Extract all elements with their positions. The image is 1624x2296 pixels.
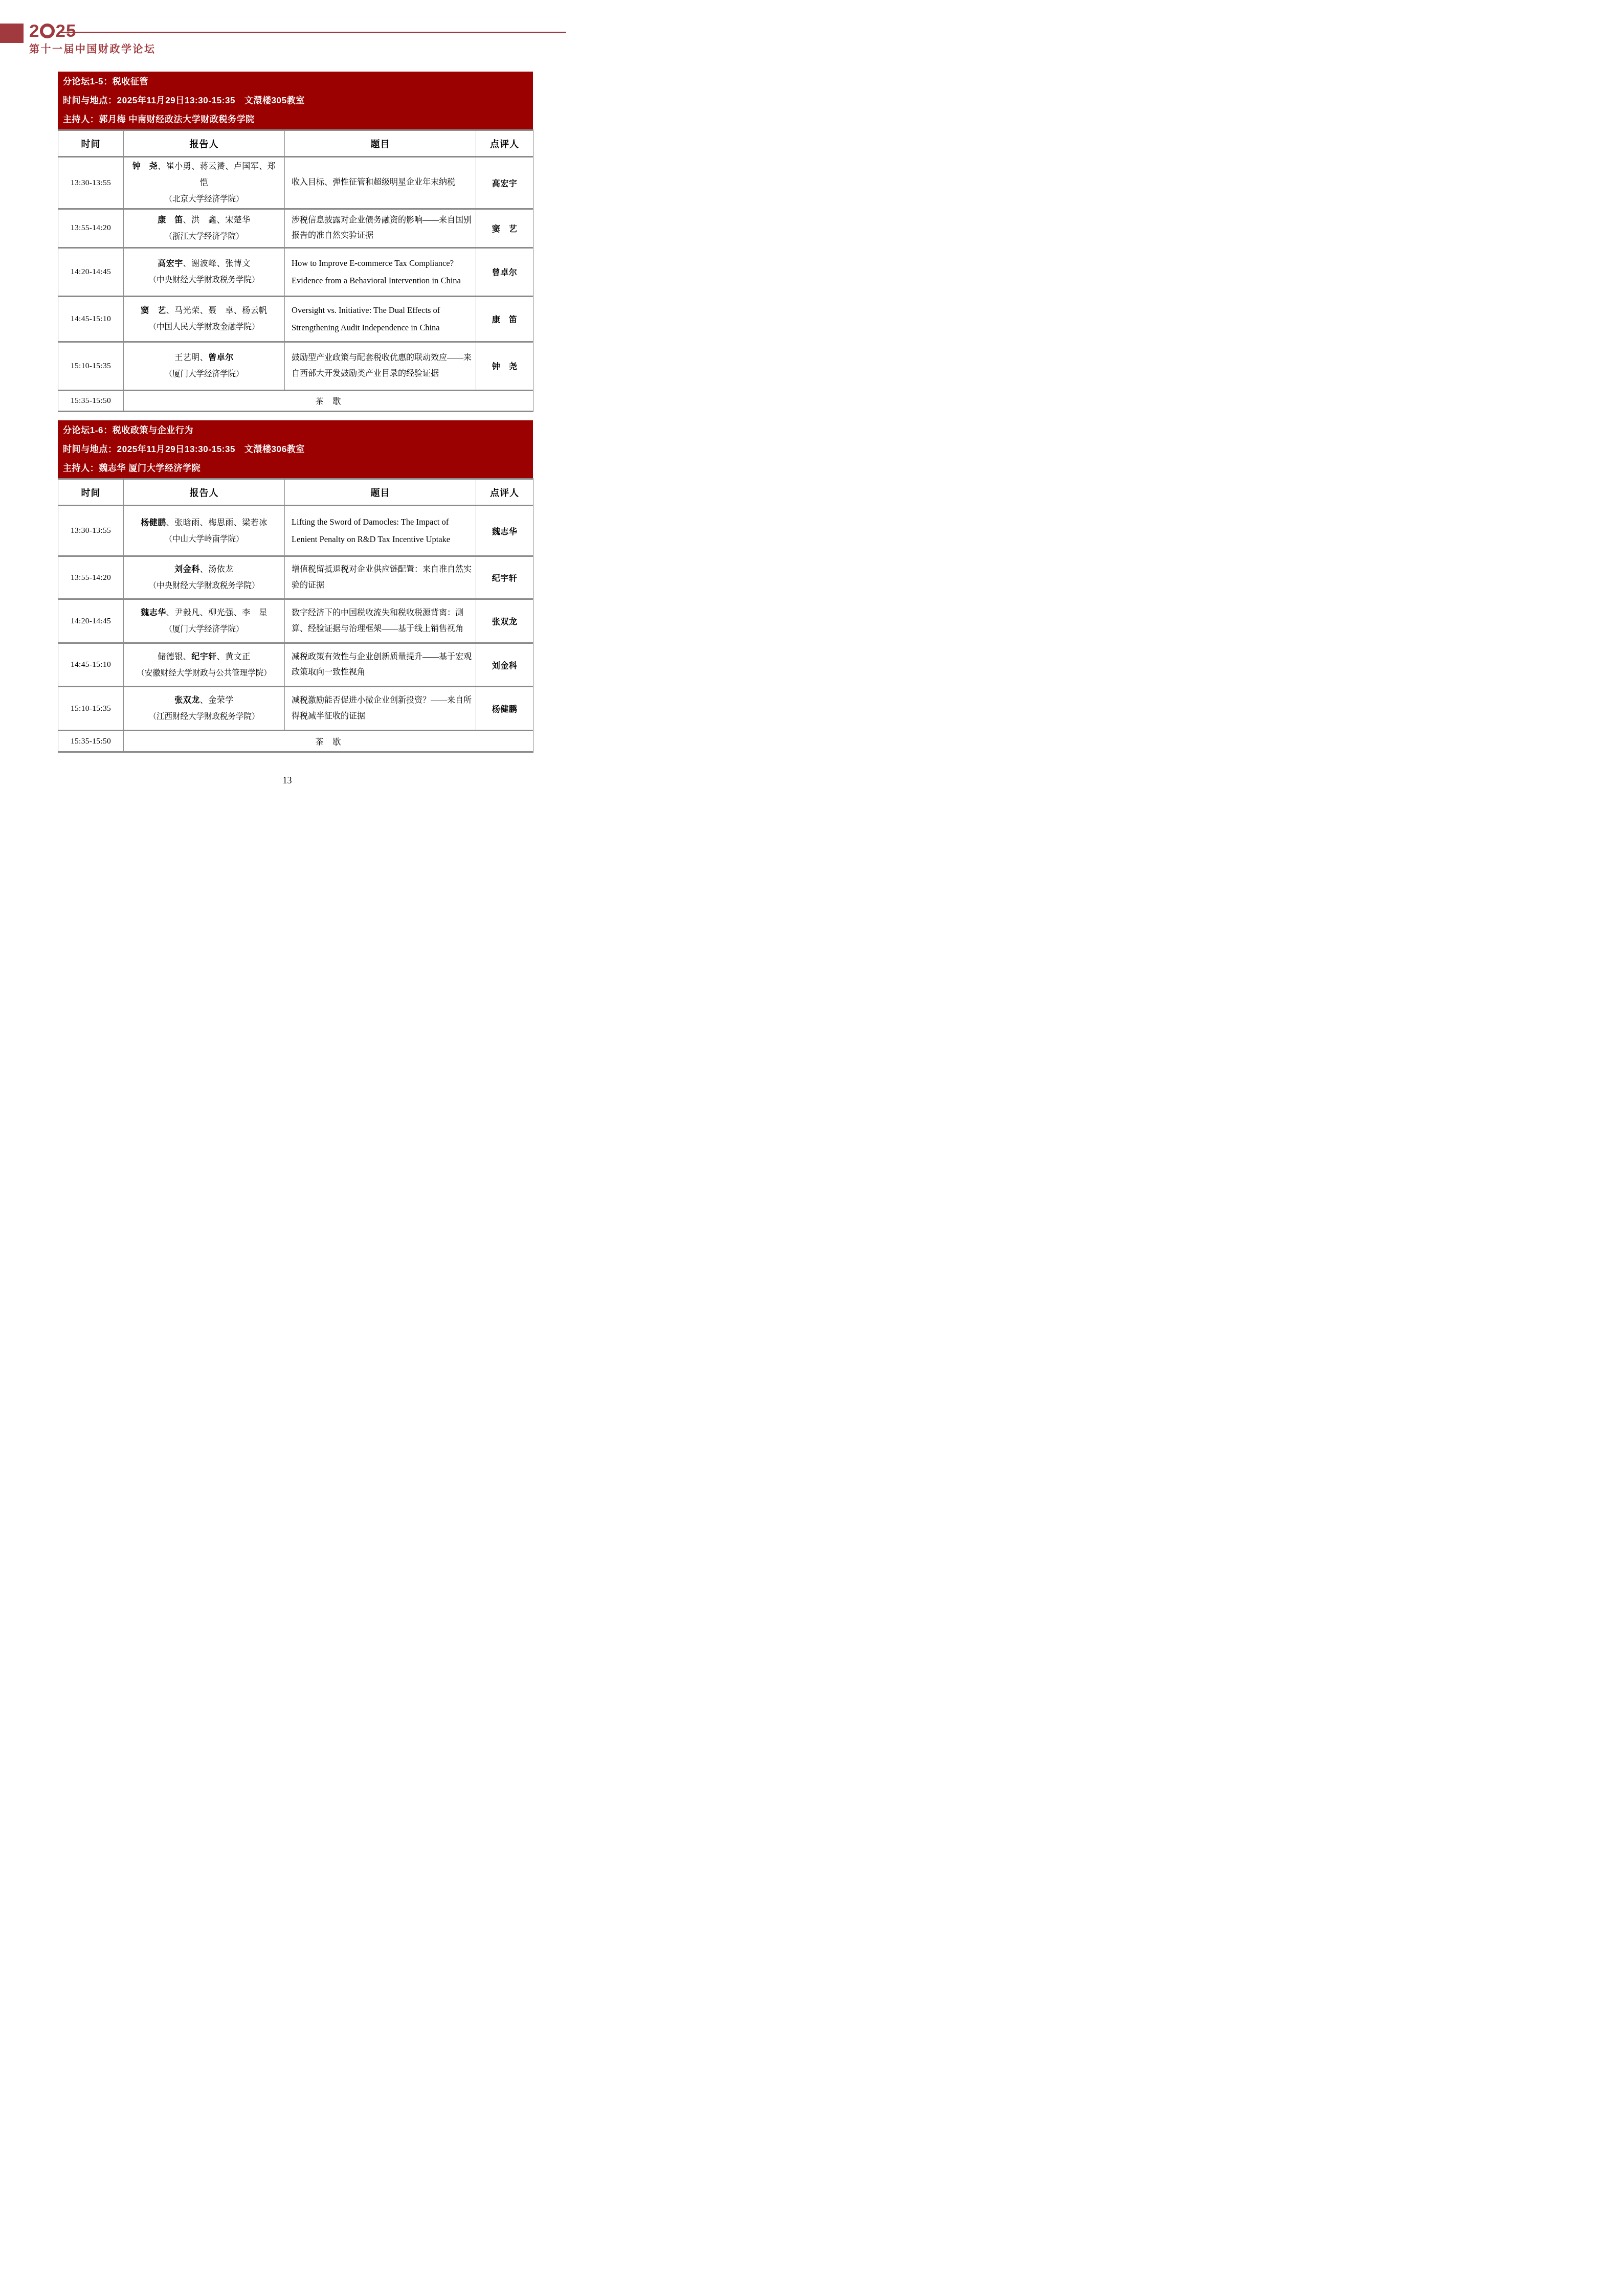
- table-row: 14:45-15:10 储德银、纪宇轩、黄文正 （安徽财经大学财政与公共管理学院…: [58, 643, 533, 687]
- time-cell: 15:10-15:35: [58, 342, 124, 390]
- column-header-time: 时间: [58, 479, 124, 506]
- speaker-names: 钟 尧、崔小勇、蒋云赟、卢国军、郑 恺: [126, 159, 282, 191]
- speaker-names: 储德银、纪宇轩、黄文正: [126, 649, 282, 665]
- column-header-discussant: 点评人: [476, 130, 533, 157]
- speaker-names: 王艺明、曾卓尔: [126, 350, 282, 366]
- schedule-table: 时间 报告人 题目 点评人 13:30-13:55 钟 尧、崔小勇、蒋云赟、卢国…: [58, 129, 533, 412]
- column-header-paper: 题目: [285, 130, 476, 157]
- paper-title-cell: Oversight vs. Initiative: The Dual Effec…: [285, 296, 476, 342]
- speaker-affiliation: （中央财经大学财政税务学院）: [126, 578, 282, 594]
- tea-label-cell: 茶 歇: [124, 390, 533, 411]
- session-header: 分论坛1-5：税收征管 时间与地点：2025年11月29日13:30-15:35…: [58, 72, 533, 129]
- speaker-names: 张双龙、金荣学: [126, 692, 282, 709]
- page-root: { "logo": { "year_left": "2", "year_righ…: [0, 0, 574, 812]
- table-row: 14:20-14:45 魏志华、尹毅凡、柳光强、李 星 （厦门大学经济学院） 数…: [58, 599, 533, 643]
- table-row: 13:55-14:20 刘金科、汤依龙 （中央财经大学财政税务学院） 增值税留抵…: [58, 556, 533, 599]
- time-cell: 14:45-15:10: [58, 643, 124, 687]
- time-cell: 13:30-13:55: [58, 506, 124, 556]
- speakers-cell: 高宏宇、谢波峰、张博文 （中央财经大学财政税务学院）: [124, 247, 285, 296]
- time-cell: 14:20-14:45: [58, 247, 124, 296]
- speaker-names: 高宏宇、谢波峰、张博文: [126, 256, 282, 272]
- logo-forum-title: 第十一届中国财政学论坛: [29, 43, 156, 56]
- time-cell: 13:55-14:20: [58, 209, 124, 248]
- time-cell: 14:20-14:45: [58, 599, 124, 643]
- table-header-row: 时间 报告人 题目 点评人: [58, 130, 533, 157]
- paper-title-cell: 数字经济下的中国税收流失和税收税源背离：测算、经验证据与治理框架——基于线上销售…: [285, 599, 476, 643]
- discussant-cell: 张双龙: [476, 599, 533, 643]
- speaker-affiliation: （安徽财经大学财政与公共管理学院）: [126, 665, 282, 681]
- session-block: 分论坛1-5：税收征管 时间与地点：2025年11月29日13:30-15:35…: [58, 72, 533, 412]
- session-title: 分论坛1-6：税收政策与企业行为: [63, 425, 530, 436]
- discussant-cell: 高宏宇: [476, 157, 533, 209]
- column-header-discussant: 点评人: [476, 479, 533, 506]
- speaker-affiliation: （中央财经大学财政税务学院）: [126, 272, 282, 288]
- table-row: 14:45-15:10 窦 艺、马光荣、聂 卓、杨云帆 （中国人民大学财政金融学…: [58, 296, 533, 342]
- paper-title-cell: Lifting the Sword of Damocles: The Impac…: [285, 506, 476, 556]
- speakers-cell: 王艺明、曾卓尔 （厦门大学经济学院）: [124, 342, 285, 390]
- speaker-affiliation: （厦门大学经济学院）: [126, 366, 282, 382]
- column-header-time: 时间: [58, 130, 124, 157]
- speaker-affiliation: （北京大学经济学院）: [126, 191, 282, 207]
- session-block: 分论坛1-6：税收政策与企业行为 时间与地点：2025年11月29日13:30-…: [58, 420, 533, 753]
- table-row: 13:30-13:55 钟 尧、崔小勇、蒋云赟、卢国军、郑 恺 （北京大学经济学…: [58, 157, 533, 209]
- time-cell: 13:55-14:20: [58, 556, 124, 599]
- table-header-row: 时间 报告人 题目 点评人: [58, 479, 533, 506]
- speaker-names: 窦 艺、马光荣、聂 卓、杨云帆: [126, 303, 282, 319]
- column-header-speakers: 报告人: [124, 130, 285, 157]
- session-header: 分论坛1-6：税收政策与企业行为 时间与地点：2025年11月29日13:30-…: [58, 420, 533, 478]
- logo-year-left: 2: [29, 22, 39, 40]
- tea-break-row: 15:35-15:50 茶 歇: [58, 731, 533, 752]
- paper-title-cell: 减税激励能否促进小微企业创新投资？——来自所得税减半征收的证据: [285, 687, 476, 731]
- discussant-cell: 刘金科: [476, 643, 533, 687]
- logo-rule-line: [58, 32, 566, 33]
- session-host: 主持人：魏志华 厦门大学经济学院: [63, 463, 530, 474]
- speaker-affiliation: （中国人民大学财政金融学院）: [126, 319, 282, 335]
- speaker-affiliation: （中山大学岭南学院）: [126, 531, 282, 547]
- speakers-cell: 储德银、纪宇轩、黄文正 （安徽财经大学财政与公共管理学院）: [124, 643, 285, 687]
- discussant-cell: 康 笛: [476, 296, 533, 342]
- paper-title-cell: 涉税信息披露对企业债务融资的影响——来自国别报告的准自然实验证据: [285, 209, 476, 248]
- paper-title-cell: 鼓励型产业政策与配套税收优惠的联动效应——来自西部大开发鼓励类产业目录的经验证据: [285, 342, 476, 390]
- table-row: 13:30-13:55 杨健鹏、张晗雨、梅思雨、梁若冰 （中山大学岭南学院） L…: [58, 506, 533, 556]
- discussant-cell: 魏志华: [476, 506, 533, 556]
- paper-title-cell: 增值税留抵退税对企业供应链配置：来自准自然实验的证据: [285, 556, 476, 599]
- paper-title-cell: How to Improve E-commerce Tax Compliance…: [285, 247, 476, 296]
- ink-swirl-zero-icon: [40, 24, 55, 38]
- speaker-affiliation: （浙江大学经济学院）: [126, 229, 282, 244]
- speaker-affiliation: （江西财经大学财政税务学院）: [126, 709, 282, 725]
- column-header-speakers: 报告人: [124, 479, 285, 506]
- discussant-cell: 钟 尧: [476, 342, 533, 390]
- table-row: 14:20-14:45 高宏宇、谢波峰、张博文 （中央财经大学财政税务学院） H…: [58, 247, 533, 296]
- speakers-cell: 张双龙、金荣学 （江西财经大学财政税务学院）: [124, 687, 285, 731]
- schedule-table: 时间 报告人 题目 点评人 13:30-13:55 杨健鹏、张晗雨、梅思雨、梁若…: [58, 478, 533, 753]
- paper-title-cell: 减税政策有效性与企业创新质量提升——基于宏观政策取向一致性视角: [285, 643, 476, 687]
- time-cell: 14:45-15:10: [58, 296, 124, 342]
- session-title: 分论坛1-5：税收征管: [63, 76, 530, 87]
- time-cell: 13:30-13:55: [58, 157, 124, 209]
- speaker-affiliation: （厦门大学经济学院）: [126, 621, 282, 637]
- logo-red-square: [0, 24, 24, 43]
- session-host: 主持人：郭月梅 中南财经政法大学财政税务学院: [63, 114, 530, 125]
- table-row: 15:10-15:35 王艺明、曾卓尔 （厦门大学经济学院） 鼓励型产业政策与配…: [58, 342, 533, 390]
- discussant-cell: 纪宇轩: [476, 556, 533, 599]
- speakers-cell: 钟 尧、崔小勇、蒋云赟、卢国军、郑 恺 （北京大学经济学院）: [124, 157, 285, 209]
- discussant-cell: 曾卓尔: [476, 247, 533, 296]
- page-number: 13: [0, 775, 574, 786]
- speaker-names: 康 笛、洪 鑫、宋楚华: [126, 212, 282, 229]
- table-row: 15:10-15:35 张双龙、金荣学 （江西财经大学财政税务学院） 减税激励能…: [58, 687, 533, 731]
- discussant-cell: 杨健鹏: [476, 687, 533, 731]
- speakers-cell: 窦 艺、马光荣、聂 卓、杨云帆 （中国人民大学财政金融学院）: [124, 296, 285, 342]
- tea-time-cell: 15:35-15:50: [58, 731, 124, 752]
- speaker-names: 刘金科、汤依龙: [126, 561, 282, 578]
- speaker-names: 魏志华、尹毅凡、柳光强、李 星: [126, 605, 282, 621]
- time-cell: 15:10-15:35: [58, 687, 124, 731]
- logo-year: 225: [29, 20, 76, 41]
- tea-time-cell: 15:35-15:50: [58, 390, 124, 411]
- speakers-cell: 刘金科、汤依龙 （中央财经大学财政税务学院）: [124, 556, 285, 599]
- speaker-names: 杨健鹏、张晗雨、梅思雨、梁若冰: [126, 515, 282, 531]
- tea-label-cell: 茶 歇: [124, 731, 533, 752]
- speakers-cell: 康 笛、洪 鑫、宋楚华 （浙江大学经济学院）: [124, 209, 285, 248]
- discussant-cell: 窦 艺: [476, 209, 533, 248]
- speakers-cell: 魏志华、尹毅凡、柳光强、李 星 （厦门大学经济学院）: [124, 599, 285, 643]
- session-time-location: 时间与地点：2025年11月29日13:30-15:35 文澴楼306教室: [63, 444, 530, 455]
- column-header-paper: 题目: [285, 479, 476, 506]
- speakers-cell: 杨健鹏、张晗雨、梅思雨、梁若冰 （中山大学岭南学院）: [124, 506, 285, 556]
- session-time-location: 时间与地点：2025年11月29日13:30-15:35 文澴楼305教室: [63, 95, 530, 106]
- paper-title-cell: 收入目标、弹性征管和超级明星企业年末纳税: [285, 157, 476, 209]
- logo-year-right: 25: [55, 22, 76, 40]
- table-row: 13:55-14:20 康 笛、洪 鑫、宋楚华 （浙江大学经济学院） 涉税信息披…: [58, 209, 533, 248]
- tea-break-row: 15:35-15:50 茶 歇: [58, 390, 533, 411]
